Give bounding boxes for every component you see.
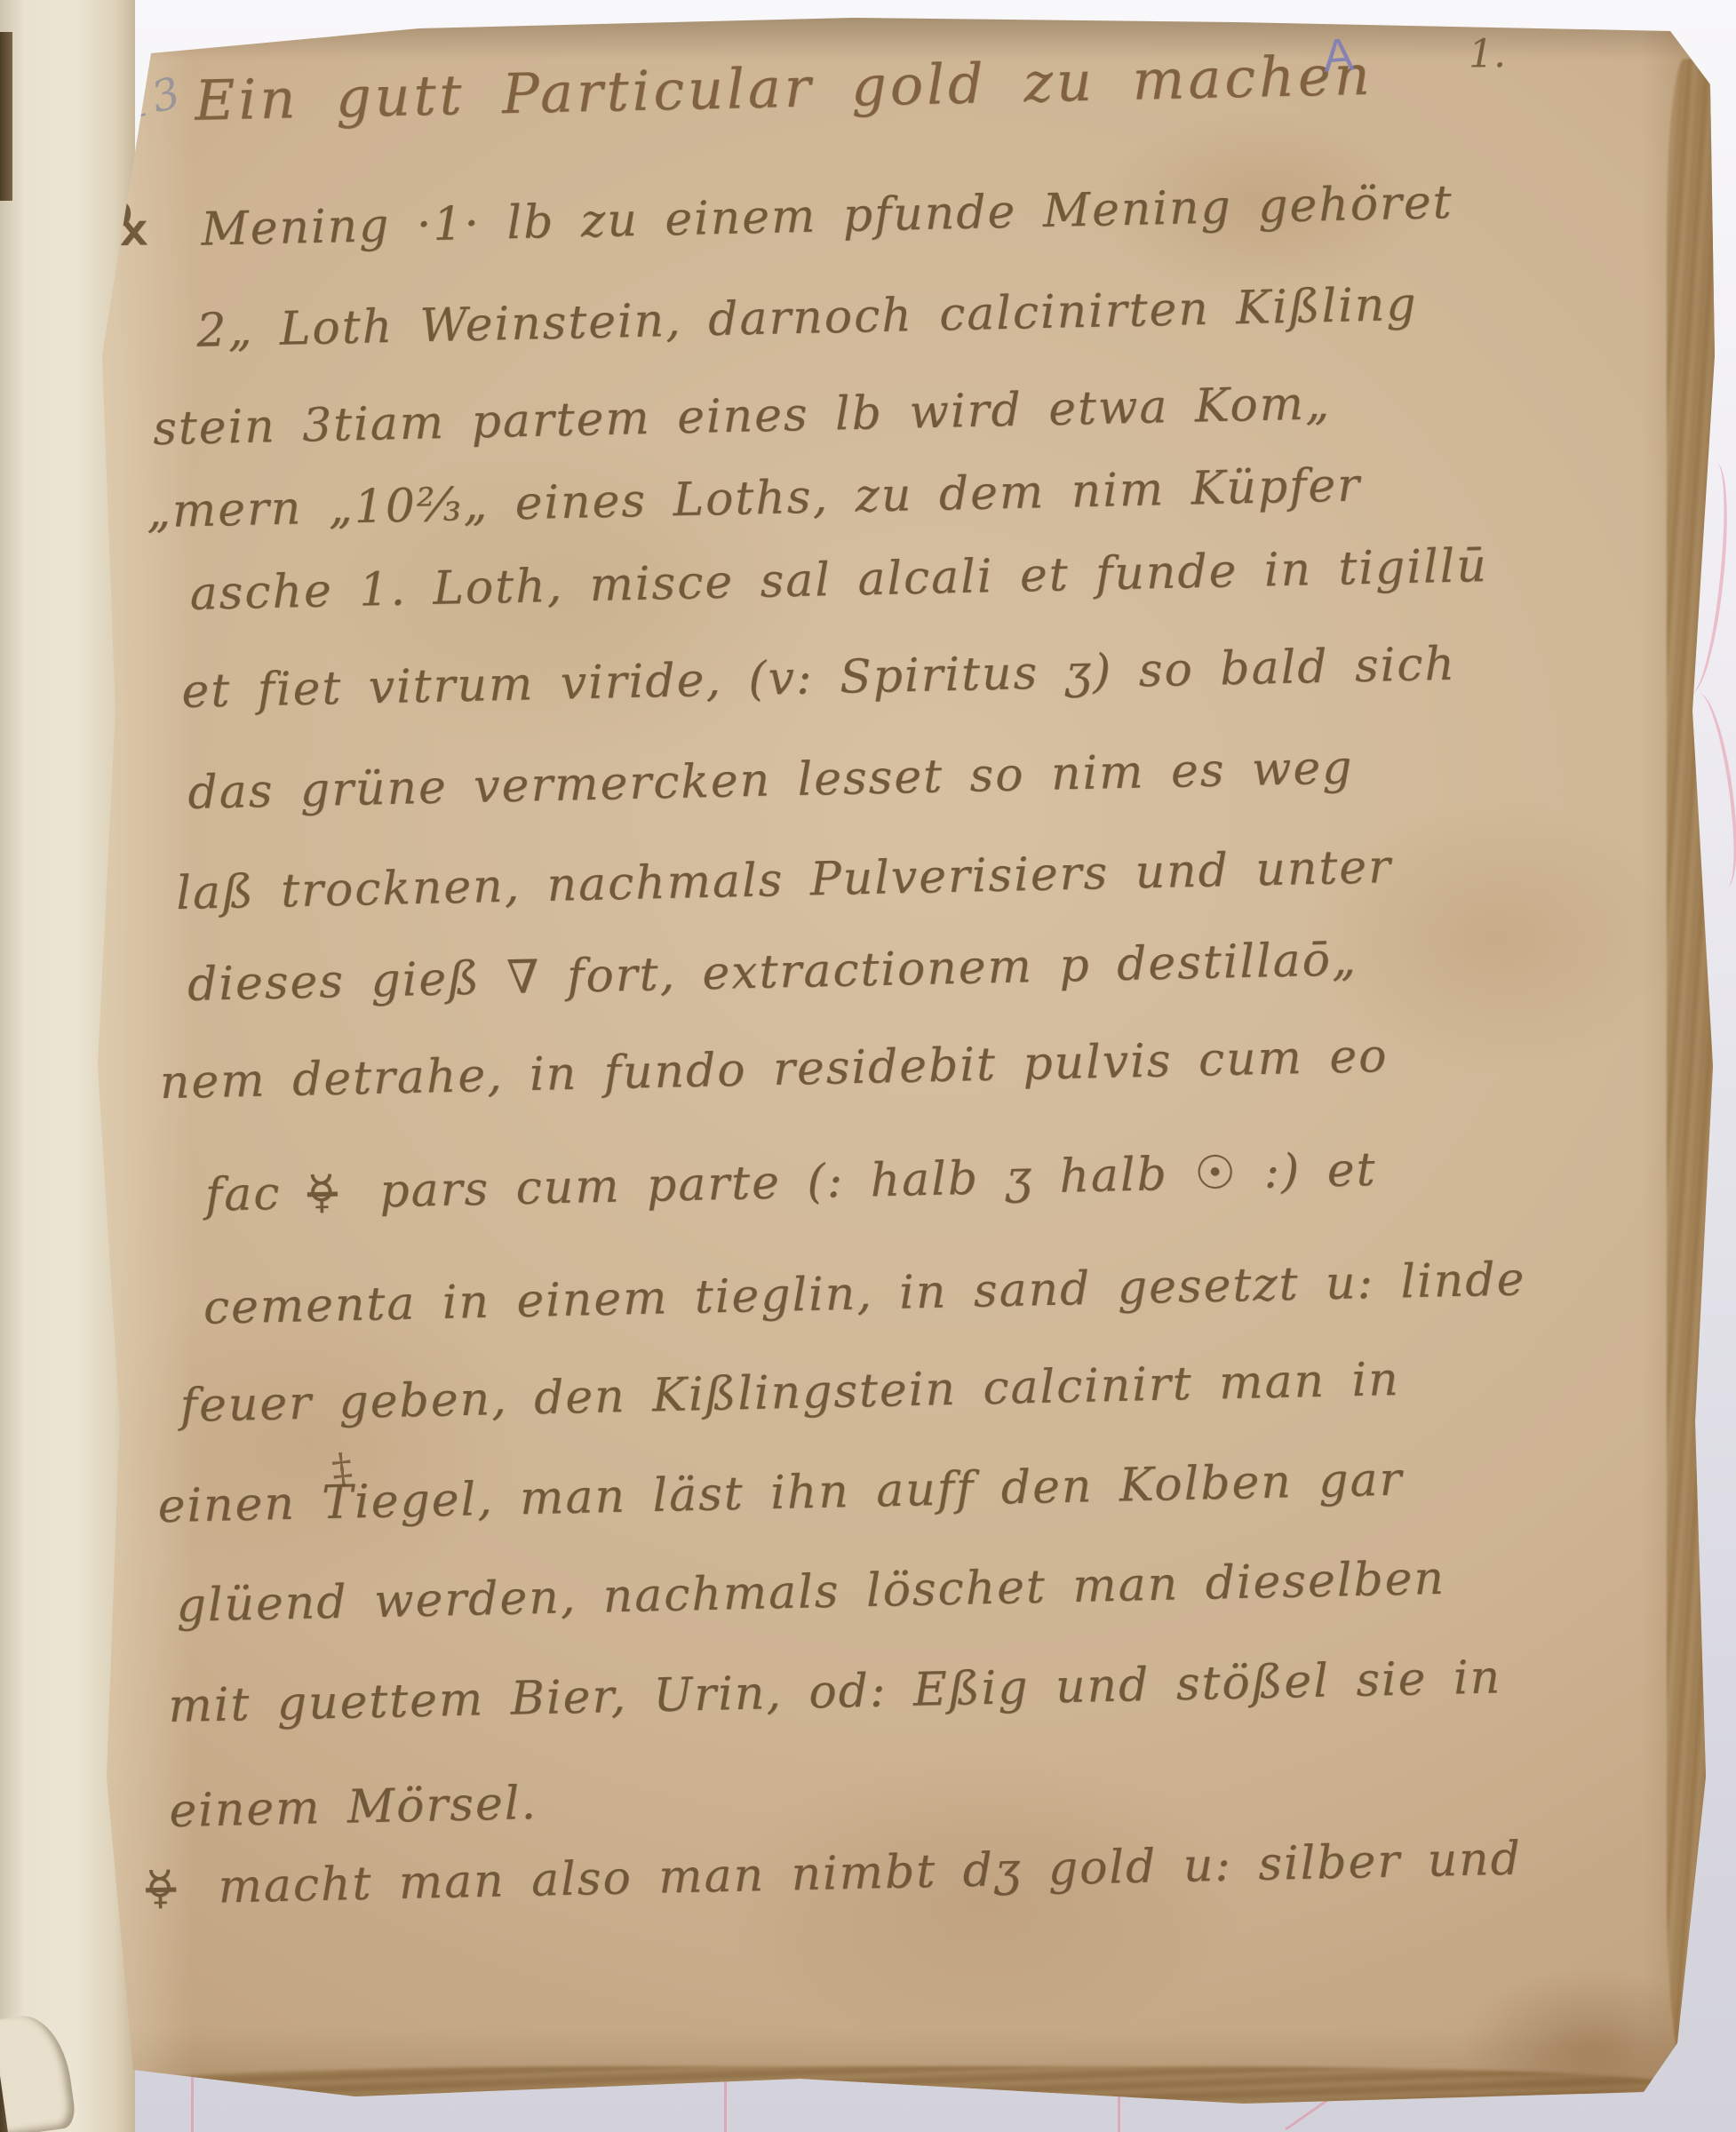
spine-shadow: [0, 32, 12, 201]
manuscript-line: et fiet vitrum viride, (v: Spiritus ʒ) s…: [181, 641, 1456, 715]
line-text: fac: [204, 1167, 282, 1222]
manuscript-line: dieses gieß ∇ fort, extractionem p desti…: [187, 936, 1358, 1008]
manuscript-line: ☿ macht man also man nimbt dʒ gold u: si…: [146, 1835, 1523, 1912]
manuscript-line: einem Mörsel.: [169, 1780, 538, 1834]
page-title: Ein gutt Particular gold zu machen: [195, 48, 1374, 129]
line-text: pars cum parte (: halb ʒ halb ☉ :) et: [379, 1143, 1377, 1218]
manuscript-line: fac ☿ pars cum parte (: halb ʒ halb ☉ :)…: [204, 1147, 1377, 1219]
manuscript-line: asche 1. Loth, misce sal alcali et funde…: [189, 543, 1488, 617]
manuscript-line: Mening ·1· lb zu einem pfunde Mening geh…: [201, 179, 1453, 253]
manuscript-page: 13 Ein gutt Particular gold zu machen A …: [78, 14, 1724, 2111]
struck-mercury-symbol: ☿: [307, 1165, 338, 1220]
manuscript-line: laß trocknen, nachmals Pulverisiers und …: [176, 844, 1393, 917]
manuscript-line: cementa in einem tieglin, in sand gesetz…: [203, 1256, 1525, 1331]
line-text: macht man also man nimbt dʒ gold u: silb…: [218, 1832, 1523, 1913]
manuscript-line: mit guettem Bier, Urin, od: Eßig und stö…: [168, 1654, 1502, 1730]
manuscript-line: stein 3tiam partem eines lb wird etwa Ko…: [153, 380, 1332, 452]
manuscript-line: 2„ Loth Weinstein, darnoch calcinirten K…: [196, 282, 1418, 354]
manuscript-line: „mern „10⅔„ eines Loths, zu dem nim Küpf…: [146, 462, 1361, 535]
manuscript-line: feuer geben, den Kißlingstein calcinirt …: [179, 1356, 1400, 1429]
collection-mark: A: [1321, 28, 1356, 84]
red-crayon-line: [1285, 2098, 1330, 2131]
manuscript-text: 13 Ein gutt Particular gold zu machen A …: [72, 6, 1733, 2115]
photo-scene: 13 Ein gutt Particular gold zu machen A …: [0, 0, 1736, 2132]
struck-mercury-symbol: ☿: [145, 1862, 176, 1916]
page-number: 1.: [1469, 31, 1506, 76]
manuscript-line: glüend werden, nachmals löschet man dies…: [176, 1555, 1445, 1629]
manuscript-line: das grüne vermercken lesset so nim es we…: [187, 744, 1354, 816]
manuscript-line: nem detrahe, in fundo residebit pulvis c…: [159, 1033, 1389, 1106]
